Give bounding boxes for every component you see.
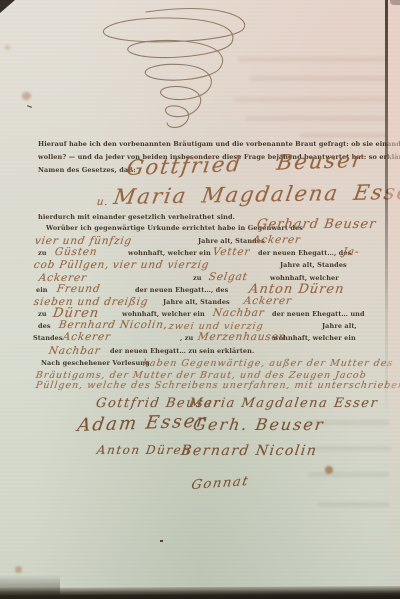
printed-label: Standes xyxy=(33,334,63,342)
page-edge-line xyxy=(385,0,388,420)
printed-label: zu xyxy=(38,310,47,318)
verso-show-through xyxy=(246,116,386,121)
printed-label: Jahre alt, Standes xyxy=(163,298,230,306)
witness2-place-entry: Selgat xyxy=(208,271,248,283)
witness2-name-part1-entry: Ja- xyxy=(342,246,360,258)
witness1-name-entry: Gerhard Beuser xyxy=(256,217,377,232)
intro-line-3: Namen des Gesetzes, daß: xyxy=(38,166,136,174)
printed-label: , zu xyxy=(180,334,193,342)
witness2-name-part2-entry: cob Püllgen, xyxy=(33,259,110,271)
printed-label: hierdurch mit einander gesetzlich verhei… xyxy=(38,213,235,221)
witness1-place-entry: Güsten xyxy=(54,246,98,258)
closing-note-entry: Püllgen, welche des Schreibens unerfahre… xyxy=(35,380,400,391)
witness1-stand-entry: Ackerer xyxy=(252,234,302,246)
signature-anton-dueren: Anton Düren xyxy=(96,443,192,457)
verso-show-through xyxy=(238,57,388,62)
verso-show-through xyxy=(300,133,386,138)
scanned-document-page: Hierauf habe ich den vorbenannten Bräuti… xyxy=(0,0,400,599)
printed-label: wohnhaft, welcher ein xyxy=(128,249,211,257)
closing-note-entry: haben Gegenwärtige, außer der Mutter des xyxy=(142,358,394,369)
printed-label: der neuen Ehegatt…, des xyxy=(258,249,351,257)
printed-label: der neuen Ehegatt… zu sein erklärten. xyxy=(110,347,254,355)
printed-label: wohnhaft, welcher ein xyxy=(122,310,205,318)
page-edge-next-page xyxy=(388,0,400,599)
witness1-relation-entry: Vetter xyxy=(212,246,251,258)
printed-label: wohnhaft, welcher xyxy=(270,274,339,282)
bride-name-entry: Maria Magdalena Esser xyxy=(112,180,400,209)
page-bottom-edge xyxy=(0,586,400,599)
conjunction-entry: u. xyxy=(96,196,109,208)
printed-label: zu xyxy=(38,249,47,257)
intro-line-1: Hierauf habe ich den vorbenannten Bräuti… xyxy=(38,140,400,148)
fox-stain xyxy=(15,566,22,573)
printed-label: Nach geschehener Vorlesung xyxy=(41,359,150,367)
verso-show-through xyxy=(308,472,390,477)
fox-stain xyxy=(5,45,10,50)
printed-label: der neuen Ehegatt…, des xyxy=(135,286,228,294)
signature-bernard-nicolin: Bernard Nicolin xyxy=(180,443,318,459)
verso-show-through xyxy=(318,502,390,507)
printed-label: ein xyxy=(36,286,48,294)
printed-label: wohnhaft, welcher ein xyxy=(273,334,356,342)
printed-label: des xyxy=(38,322,51,330)
witness3-stand-entry: Ackerer xyxy=(243,295,293,307)
signature-row: Adam Esser Gerh. Beuser xyxy=(0,415,400,441)
witness4-stand-entry: Ackerer xyxy=(62,331,112,343)
printed-label: zu xyxy=(193,274,202,282)
signature-row: Gonnat xyxy=(0,478,400,491)
verso-show-through xyxy=(234,97,388,102)
witness2-relation-entry: Freund xyxy=(56,283,101,295)
printed-label: Jahre alt, Standes xyxy=(280,261,347,269)
verso-show-through xyxy=(250,76,388,81)
signature-gerh-beuser: Gerh. Beuser xyxy=(192,415,326,434)
witness3-relation-entry: Nachbar xyxy=(212,307,265,319)
fox-stain xyxy=(325,466,333,474)
signature-bride: Maria Magdalena Esser xyxy=(188,396,379,411)
ink-speck xyxy=(27,105,32,108)
ink-spiral-flourish xyxy=(86,4,256,136)
printed-label: Jahre alt, xyxy=(322,322,357,330)
fox-stain xyxy=(22,92,31,100)
ink-speck xyxy=(160,540,163,542)
page-corner-shadow xyxy=(0,0,15,13)
signature-adam-esser: Adam Esser xyxy=(76,411,209,436)
witness4-relation-entry: Nachbar xyxy=(48,345,101,357)
signature-row: Anton Düren Bernard Nicolin xyxy=(0,443,400,456)
signature-registrar: Gonnat xyxy=(190,474,250,493)
witness4-name-entry: Bernhard Nicolin, xyxy=(58,319,169,331)
witness2-age-entry: vier und vierzig xyxy=(112,259,210,271)
signature-row: Gottfrid Beuser Maria Magdalena Esser xyxy=(0,396,400,409)
form-line: Püllgen, welche des Schreibens unerfahre… xyxy=(0,380,400,393)
printed-label: der neuen Ehegatt… und xyxy=(272,310,365,318)
